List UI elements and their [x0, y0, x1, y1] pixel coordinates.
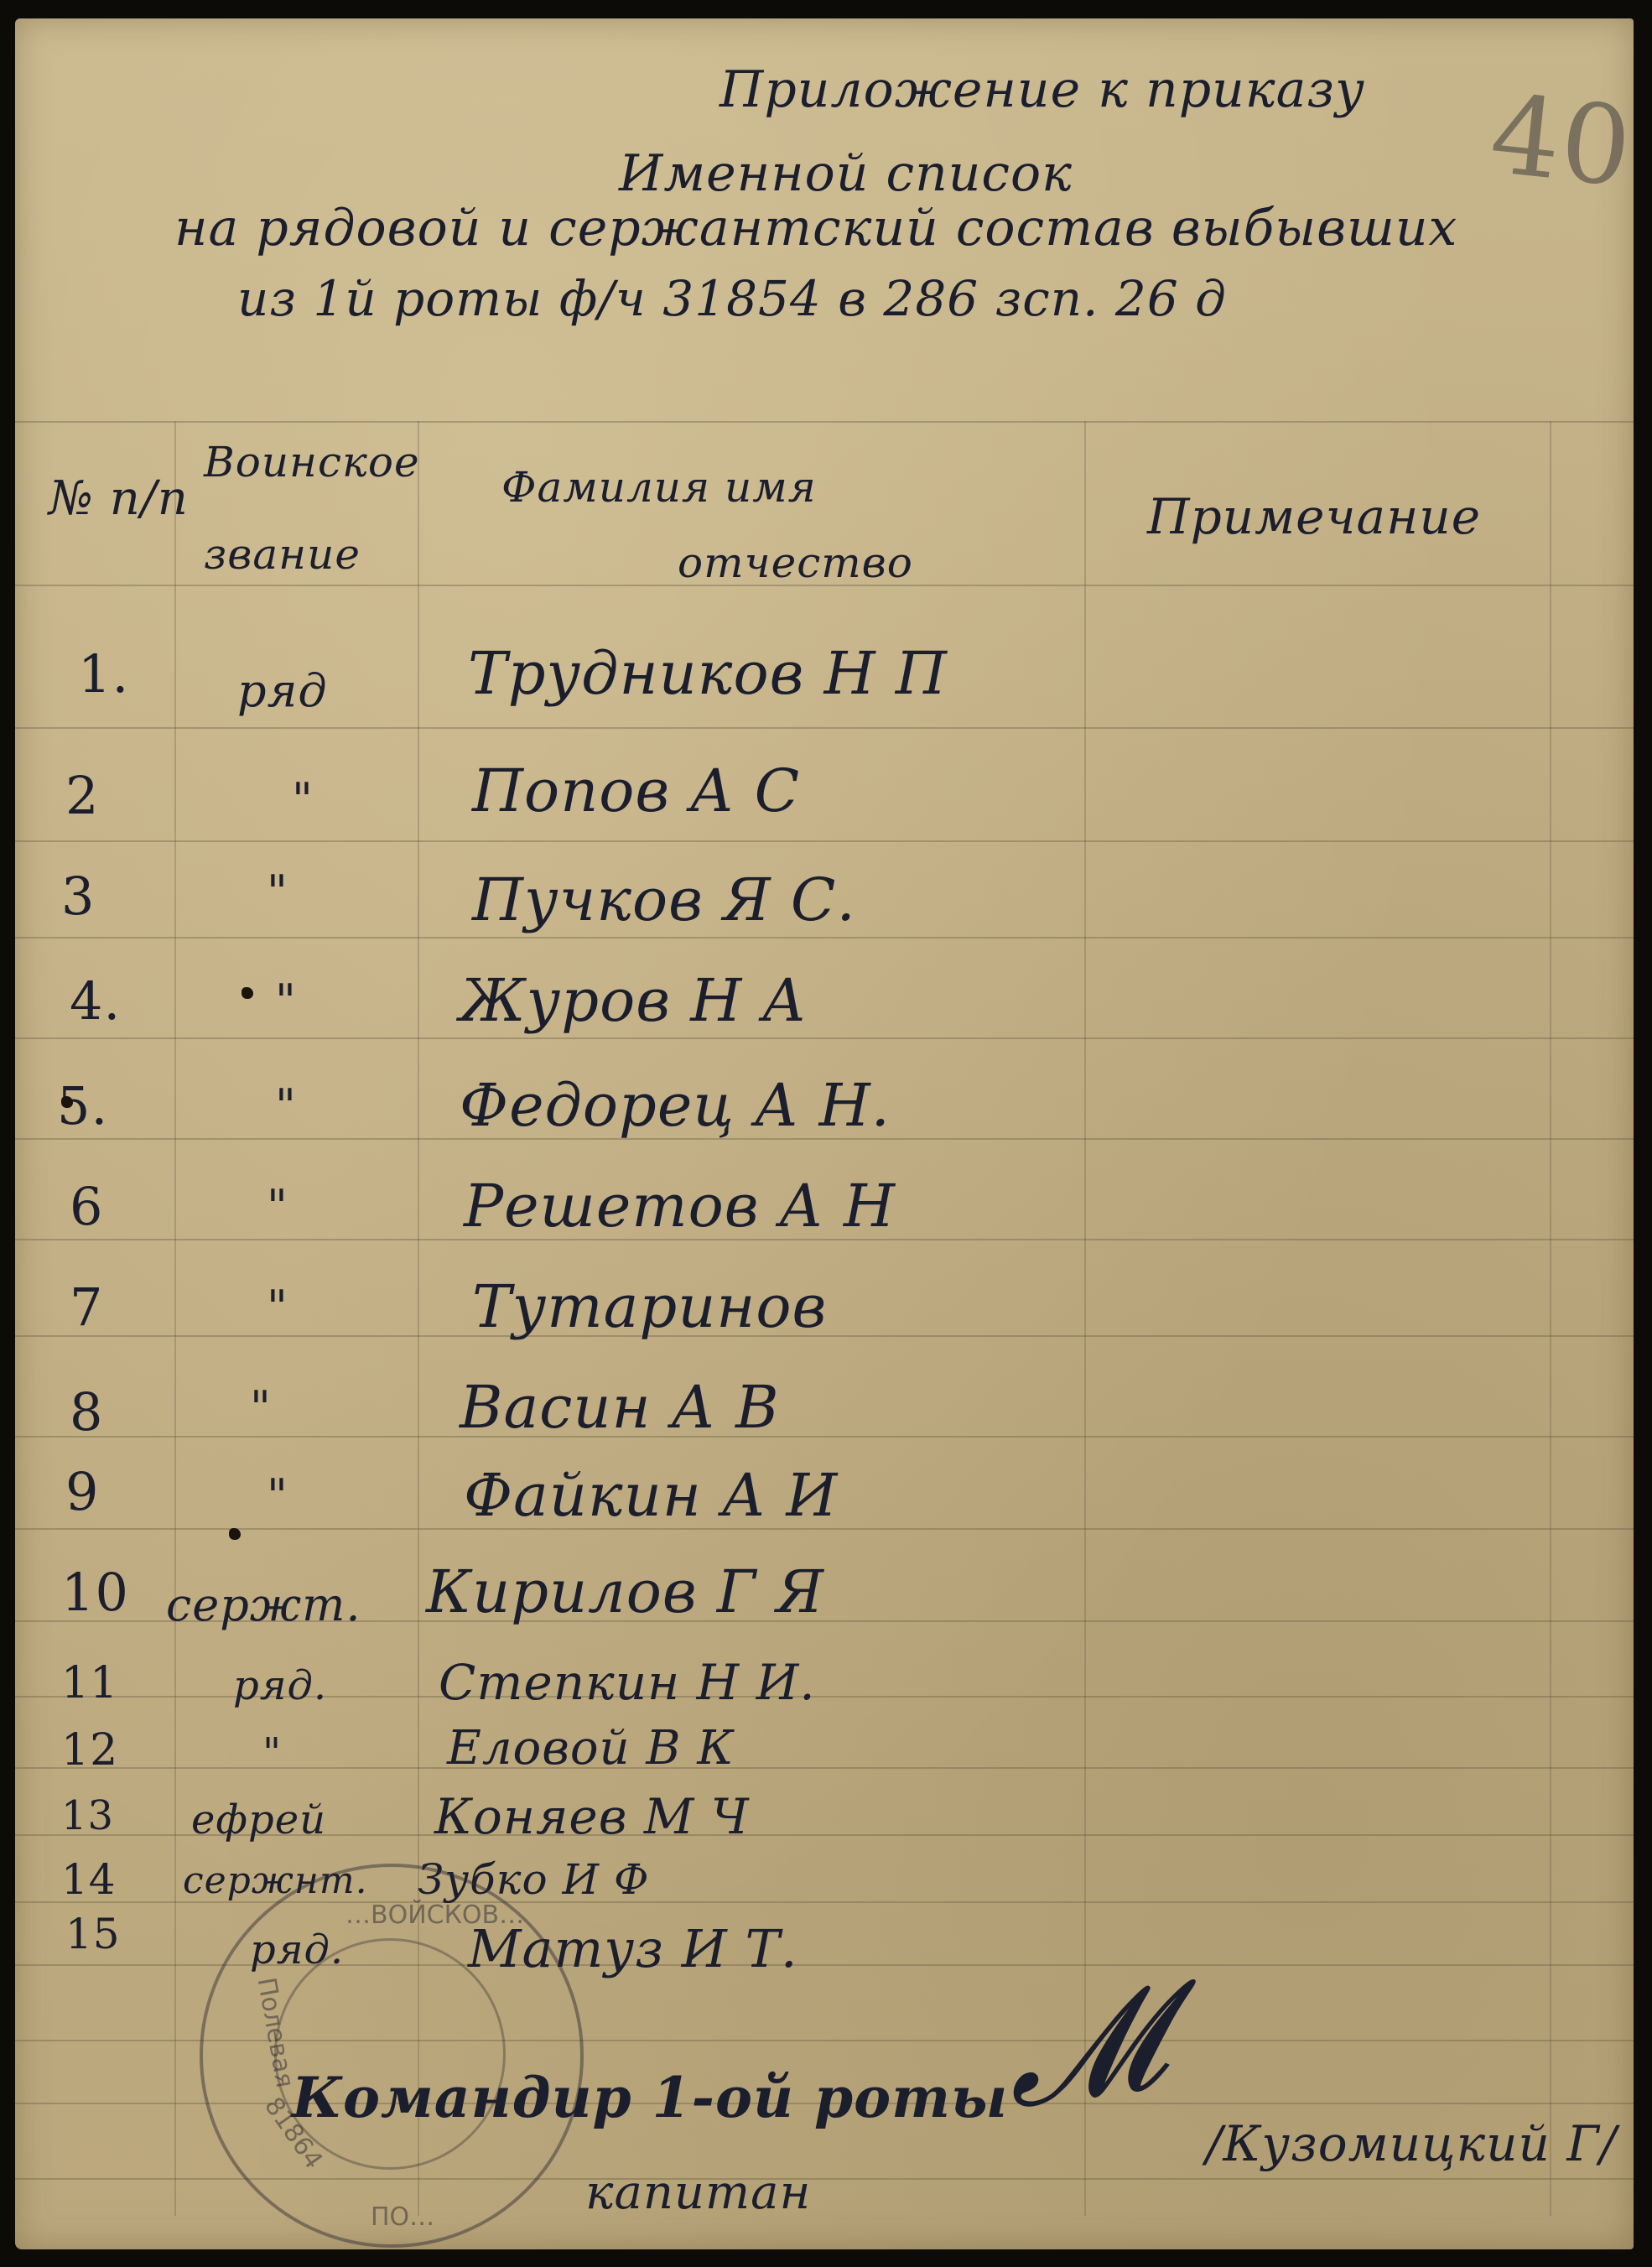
row-rank: "	[267, 1281, 288, 1334]
ruled-line	[15, 1767, 1634, 1769]
row-rank: "	[267, 1469, 288, 1522]
row-num: 2	[65, 765, 99, 826]
row-rank: ряд.	[233, 1662, 327, 1709]
row-name: Журов Н А	[460, 966, 808, 1035]
heading-line-2: Именной список	[619, 144, 1073, 203]
ruled-line	[15, 937, 1634, 939]
ruled-line	[15, 421, 1634, 423]
row-name: Попов А С	[472, 757, 800, 825]
commander-rank: капитан	[585, 2166, 811, 2220]
row-num: 1.	[78, 643, 129, 705]
column-divider	[1084, 421, 1086, 2216]
paper-hole	[229, 1528, 241, 1540]
stamp-text-top: …ВОЙСКОВ…	[345, 1900, 524, 1930]
signature-mark: 𝓜	[994, 1954, 1175, 2143]
row-num: 3	[61, 866, 95, 927]
row-num: 11	[61, 1658, 118, 1708]
row-rank: ряд	[237, 664, 328, 717]
ruled-line	[15, 727, 1634, 729]
header-name-line1: Фамилия имя	[501, 463, 817, 512]
row-name: Васин А В	[460, 1373, 780, 1442]
row-name: Файкин А И	[464, 1461, 838, 1530]
row-name: Степкин Н И.	[439, 1654, 816, 1711]
row-name: Кирилов Г Я	[426, 1557, 824, 1626]
row-num: 15	[65, 1910, 121, 1958]
row-num: 7	[70, 1276, 103, 1338]
heading-line-1: Приложение к приказу	[720, 60, 1365, 119]
stamp-text-bottom: ПО…	[371, 2202, 434, 2232]
header-note: Примечание	[1147, 488, 1481, 545]
row-rank: "	[267, 1180, 288, 1233]
row-name: Решетов А Н	[464, 1172, 896, 1240]
row-num: 12	[61, 1725, 118, 1776]
heading-line-3: на рядовой и сержантский состав выбывших	[174, 199, 1457, 257]
row-num: 14	[61, 1855, 117, 1904]
row-rank: "	[275, 975, 297, 1027]
row-rank: "	[250, 1381, 272, 1434]
row-rank: "	[275, 1079, 297, 1132]
row-rank: "	[292, 773, 314, 826]
row-rank: ефрей	[191, 1796, 326, 1843]
row-name: Еловой В К	[447, 1721, 735, 1776]
row-num: 4.	[70, 970, 121, 1032]
row-num: 10	[61, 1562, 129, 1623]
paper-hole	[242, 987, 253, 999]
commander-position: Командир 1-ой роты	[292, 2065, 1008, 2130]
row-rank: сержт.	[166, 1578, 361, 1631]
official-stamp: …ВОЙСКОВ… Полевая 81864 ПО…	[200, 1864, 584, 2248]
row-num: 6	[70, 1176, 103, 1237]
ruled-line	[15, 1037, 1634, 1039]
row-name: Тутаринов	[472, 1272, 827, 1341]
row-num: 8	[70, 1381, 103, 1443]
heading-line-4: из 1й роты ф/ч 31854 в 286 зсп. 26 д	[237, 270, 1227, 327]
header-name-line2: отчество	[678, 538, 913, 587]
row-name: Трудников Н П	[468, 639, 948, 708]
row-num: 9	[65, 1461, 99, 1522]
row-rank: "	[262, 1729, 282, 1776]
header-rank-line2: звание	[204, 530, 361, 579]
document-sheet: Приложение к приказу Именной список на р…	[15, 18, 1634, 2249]
row-rank: "	[267, 866, 288, 918]
row-name: Коняев М Ч	[434, 1788, 750, 1845]
ruled-line	[15, 840, 1634, 842]
folio-number: 40	[1485, 70, 1638, 212]
ruled-line	[15, 1436, 1634, 1438]
header-rank-line1: Воинское	[204, 438, 420, 486]
row-num: 13	[61, 1792, 114, 1839]
column-divider	[1550, 421, 1551, 2216]
header-num: № п/п	[49, 471, 189, 526]
row-name: Федорец А Н.	[460, 1071, 891, 1140]
signature-name: /Кузомицкий Г/	[1206, 2115, 1617, 2172]
column-divider	[174, 421, 176, 2216]
paper-hole	[61, 1096, 73, 1108]
row-name: Пучков Я С.	[472, 866, 856, 934]
